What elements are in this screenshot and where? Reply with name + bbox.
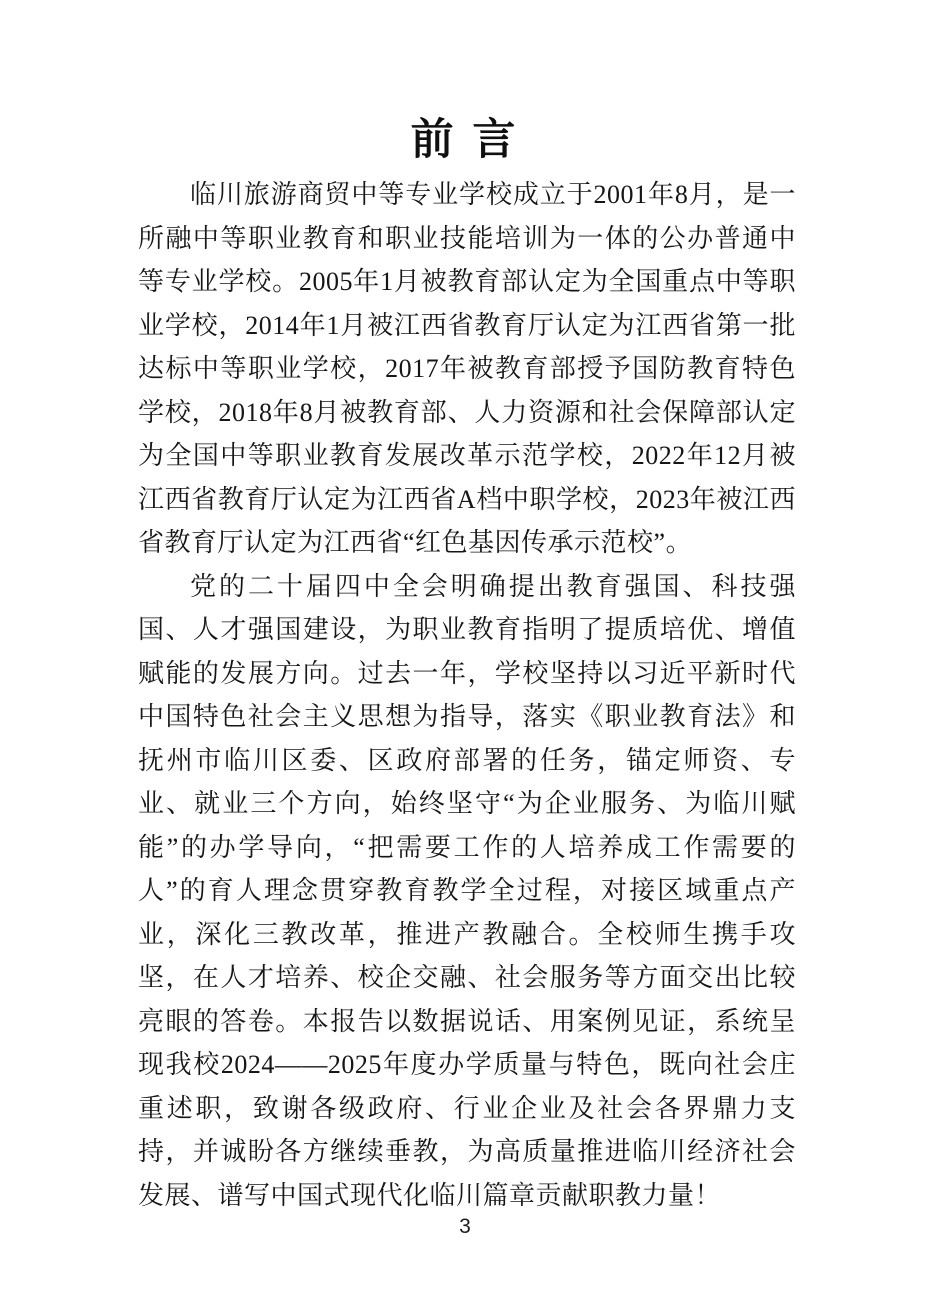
page-number: 3 <box>0 1214 930 1240</box>
page-title: 前 言 <box>0 116 930 166</box>
preface-paragraph-2: 党的二十届四中全会明确提出教育强国、科技强国、人才强国建设，为职业教育指明了提质… <box>138 565 796 1218</box>
preface-paragraph-1: 临川旅游商贸中等专业学校成立于2001年8月，是一所融中等职业教育和职业技能培训… <box>138 173 796 565</box>
document-page: 前 言 临川旅游商贸中等专业学校成立于2001年8月，是一所融中等职业教育和职业… <box>0 0 930 1315</box>
document-body: 临川旅游商贸中等专业学校成立于2001年8月，是一所融中等职业教育和职业技能培训… <box>138 173 796 1217</box>
